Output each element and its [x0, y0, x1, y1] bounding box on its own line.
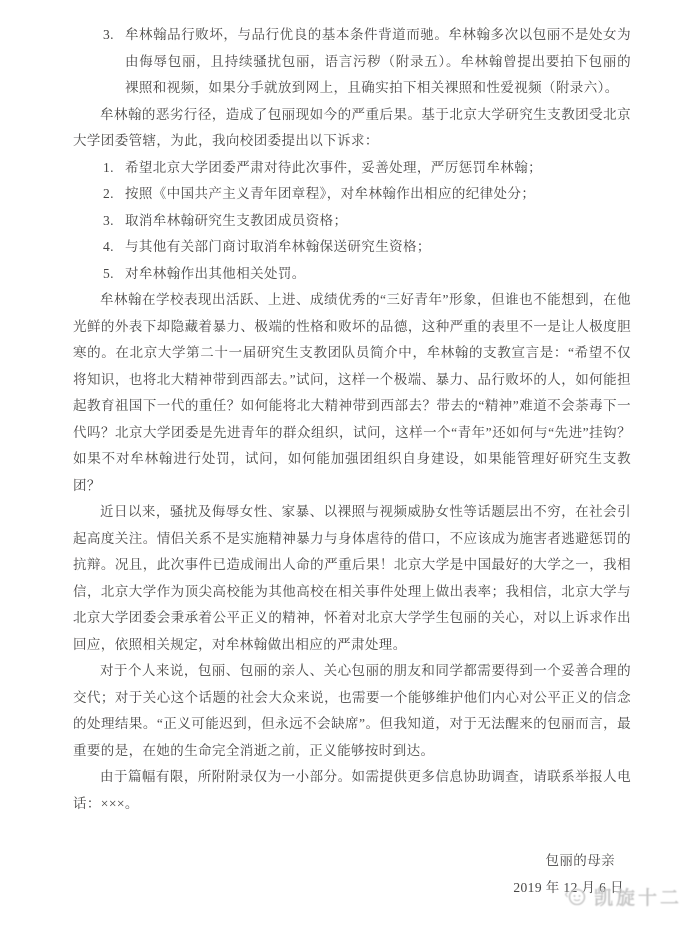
demand-item-3: 3. 取消牟林翰研究生支教团成员资格；: [73, 208, 631, 235]
demand-item-5: 5. 对牟林翰作出其他相关处罚。: [73, 261, 631, 288]
signature-block: 包丽的母亲 2019 年 12 月 6 日: [73, 848, 631, 901]
list-number: 2.: [103, 181, 125, 208]
signature-date: 2019 年 12 月 6 日: [73, 875, 631, 902]
list-number: 4.: [103, 234, 125, 261]
watermark-text: 凯旋十二: [594, 883, 682, 910]
list-number: 3.: [103, 208, 125, 235]
body-paragraph-4: 由于篇幅有限，所附附录仅为一小部分。如需提供更多信息协助调查，请联系举报人电话：…: [73, 764, 631, 817]
document-body: 3. 牟林翰品行败坏，与品行优良的基本条件背道而驰。牟林翰多次以包丽不是处女为由…: [73, 22, 631, 901]
body-paragraph-3: 对于个人来说，包丽、包丽的亲人、关心包丽的朋友和同学都需要得到一个妥善合理的交代…: [73, 658, 631, 764]
list-number: 5.: [103, 261, 125, 288]
body-paragraph-1: 牟林翰在学校表现出活跃、上进、成绩优秀的“三好青年”形象，但谁也不能想到，在他光…: [73, 287, 631, 499]
list-item-text: 牟林翰品行败坏，与品行优良的基本条件背道而驰。牟林翰多次以包丽不是处女为由侮辱包…: [125, 22, 631, 102]
watermark-logo-icon: [565, 886, 587, 908]
document-page: 3. 牟林翰品行败坏，与品行优良的基本条件背道而驰。牟林翰多次以包丽不是处女为由…: [0, 0, 700, 929]
demand-item-2: 2. 按照《中国共产主义青年团章程》，对牟林翰作出相应的纪律处分；: [73, 181, 631, 208]
list-number: 3.: [103, 22, 125, 49]
intro-paragraph: 牟林翰的恶劣行径，造成了包丽现如今的严重后果。基于北京大学研究生支教团受北京大学…: [73, 102, 631, 155]
list-item-text: 对牟林翰作出其他相关处罚。: [125, 261, 631, 288]
demand-item-1: 1. 希望北京大学团委严肃对待此次事件，妥善处理，严厉惩罚牟林翰；: [73, 155, 631, 182]
list-item-text: 与其他有关部门商讨取消牟林翰保送研究生资格；: [125, 234, 631, 261]
watermark: 凯旋十二: [565, 883, 682, 910]
demand-item-4: 4. 与其他有关部门商讨取消牟林翰保送研究生资格；: [73, 234, 631, 261]
list-item-text: 取消牟林翰研究生支教团成员资格；: [125, 208, 631, 235]
list-number: 1.: [103, 155, 125, 182]
body-paragraph-2: 近日以来，骚扰及侮辱女性、家暴、以裸照与视频威胁女性等话题层出不穷，在社会引起高…: [73, 499, 631, 658]
list-item-text: 希望北京大学团委严肃对待此次事件，妥善处理，严厉惩罚牟林翰；: [125, 155, 631, 182]
signature-name: 包丽的母亲: [73, 848, 631, 875]
list-item-text: 按照《中国共产主义青年团章程》，对牟林翰作出相应的纪律处分；: [125, 181, 631, 208]
lead-list-item-3: 3. 牟林翰品行败坏，与品行优良的基本条件背道而驰。牟林翰多次以包丽不是处女为由…: [73, 22, 631, 102]
